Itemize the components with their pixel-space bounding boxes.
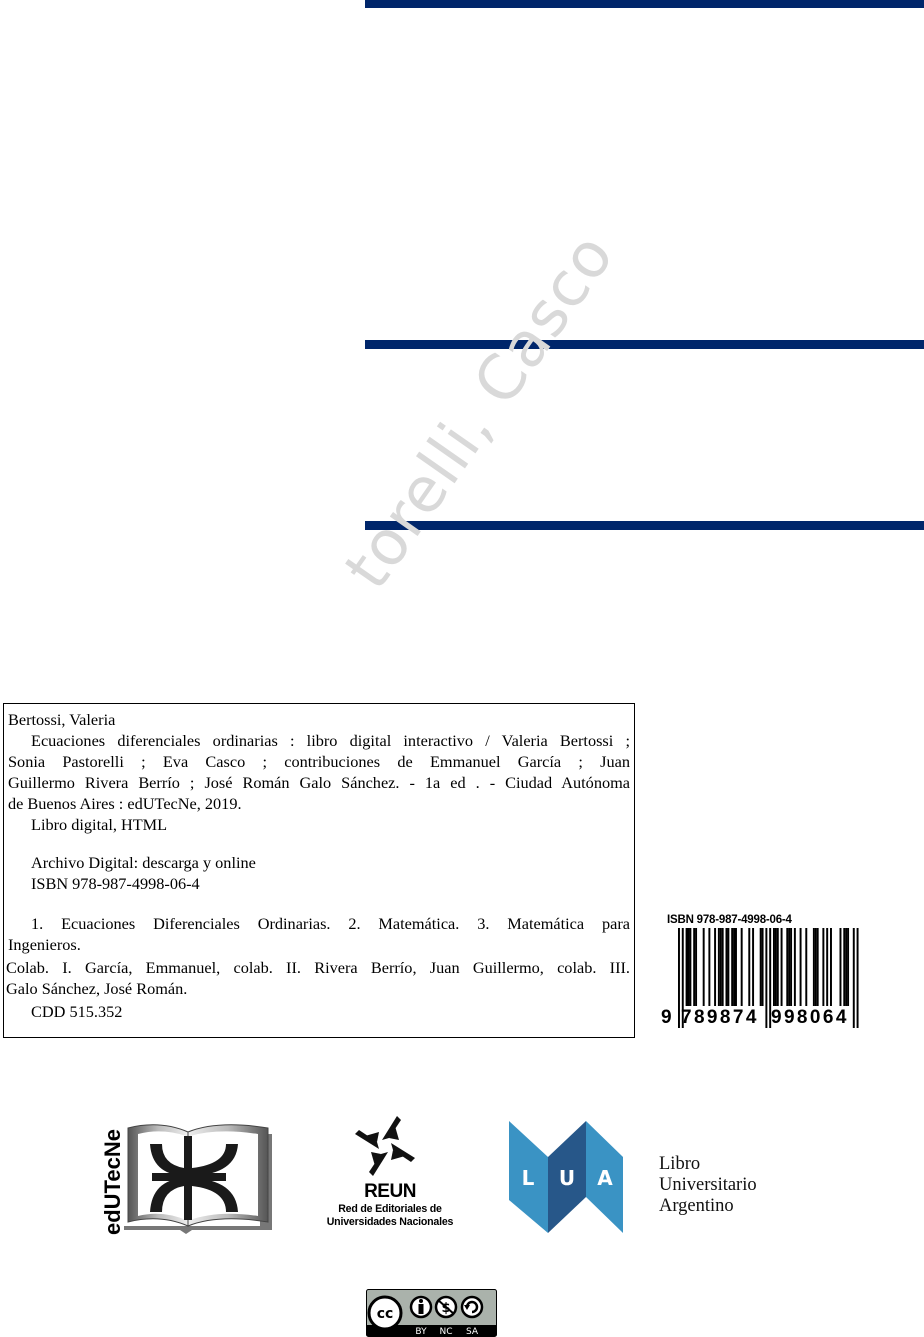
cip-subjects-line: Ingenieros. [8, 934, 630, 955]
watermark-text: torelli, Casco [330, 220, 628, 602]
barcode-first-digit: 9 [661, 1007, 672, 1029]
reun-subtitle-line: Red de Editoriales de [312, 1203, 468, 1216]
lua-letter-a: A [597, 1166, 613, 1190]
cip-title-line: Sonia Pastorelli ; Eva Casco ; contribuc… [8, 751, 630, 772]
cc-label: cc [377, 1306, 394, 1322]
open-book-utn-icon [100, 1118, 275, 1236]
reun-subtitle-line: Universidades Nacionales [312, 1216, 468, 1229]
cip-format: Libro digital, HTML [31, 814, 630, 835]
lua-text-line: Libro [659, 1154, 757, 1175]
cip-collab-line: Galo Sánchez, José Román. [6, 978, 630, 999]
header-rule-top [365, 0, 924, 8]
cip-title-line: Guillermo Rivera Berrío ; José Román Gal… [8, 772, 630, 793]
lua-logo-icon: L U A [505, 1115, 630, 1240]
lua-letter-l: L [522, 1166, 535, 1190]
barcode-right-digits: 998064 [771, 1007, 849, 1029]
cip-author: Bertossi, Valeria [8, 709, 630, 730]
pinwheel-icon [355, 1110, 415, 1182]
cc-by-nc-sa-icon: cc $ BY NC SA [366, 1289, 497, 1337]
header-rule-bottom [365, 521, 924, 530]
header-rule-middle [365, 340, 924, 349]
cc-by-label: BY [415, 1327, 427, 1337]
cip-archive: Archivo Digital: descarga y online [31, 852, 630, 873]
cip-collab-line: Colab. I. García, Emmanuel, colab. II. R… [6, 957, 630, 978]
reun-subtitle: Red de Editoriales de Universidades Naci… [312, 1203, 468, 1229]
edutecne-wordmark: edUTecNe [100, 1129, 126, 1235]
cip-title-line: de Buenos Aires : edUTecNe, 2019. [8, 793, 630, 814]
lua-wordmark: Libro Universitario Argentino [659, 1154, 757, 1217]
cip-title-line: Ecuaciones diferenciales ordinarias : li… [31, 730, 630, 751]
cc-nc-label: NC [439, 1327, 452, 1337]
lua-text-line: Universitario [659, 1175, 757, 1196]
cc-sa-label: SA [466, 1327, 479, 1337]
cip-subjects-line: 1. Ecuaciones Diferenciales Ordinarias. … [31, 913, 630, 934]
lua-text-line: Argentino [659, 1196, 757, 1217]
lua-letter-u: U [559, 1166, 575, 1190]
barcode-left-digits: 789874 [681, 1007, 759, 1029]
cip-isbn: ISBN 978-987-4998-06-4 [31, 873, 630, 894]
cataloging-record-box: Bertossi, Valeria Ecuaciones diferencial… [3, 703, 635, 1038]
reun-wordmark: REUN [320, 1181, 460, 1203]
cip-cdd: CDD 515.352 [31, 1001, 630, 1022]
